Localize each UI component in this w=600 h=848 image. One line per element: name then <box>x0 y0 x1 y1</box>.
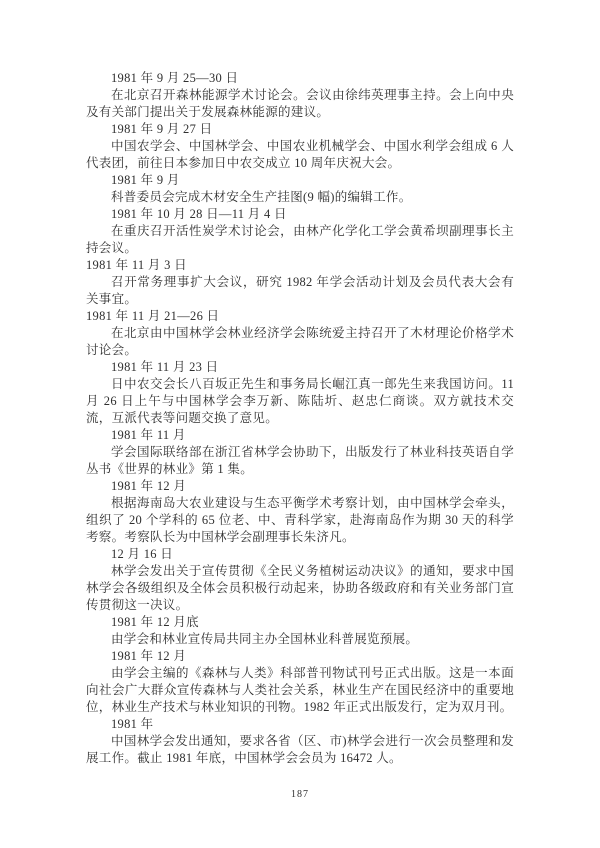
entry-text: 根据海南岛大农业建设与生态平衡学术考察计划，由中国林学会牵头，组织了 20 个学… <box>86 495 514 546</box>
entry-text: 中国农学会、中国林学会、中国农业机械学会、中国水利学会组成 6 人代表团，前往日… <box>86 138 514 172</box>
chronicle-text-block: 1981 年 9 月 25—30 日 在北京召开森林能源学术讨论会。会议由徐纬英… <box>86 70 514 767</box>
entry-text: 在北京召开森林能源学术讨论会。会议由徐纬英理事主持。会上向中央及有关部门提出关于… <box>86 87 514 121</box>
entry-date: 1981 年 11 月 21—26 日 <box>86 308 514 325</box>
entry-text: 林学会发出关于宣传贯彻《全民义务植树运动决议》的通知，要求中国林学会各级组织及全… <box>86 563 514 614</box>
entry-text: 召开常务理事扩大会议，研究 1982 年学会活动计划及会员代表大会有关事宜。 <box>86 274 514 308</box>
entry-date: 1981 年 12 月底 <box>86 614 514 631</box>
entry-date: 1981 年 10 月 28 日—11 月 4 日 <box>86 206 514 223</box>
entry-date: 12 月 16 日 <box>86 546 514 563</box>
entry-date: 1981 年 <box>86 716 514 733</box>
entry-date: 1981 年 9 月 27 日 <box>86 121 514 138</box>
entry-text: 日中农交会长八百坂正先生和事务局长崛江真一郎先生来我国访问。11 月 26 日上… <box>86 376 514 427</box>
entry-text: 由学会主编的《森林与人类》科部普刊物试刊号正式出版。这是一本面向社会广大群众宣传… <box>86 665 514 716</box>
entry-date: 1981 年 11 月 3 日 <box>86 257 514 274</box>
page-number: 187 <box>0 789 600 800</box>
entry-text: 科普委员会完成木材安全生产挂图(9 幅)的编辑工作。 <box>86 189 514 206</box>
entry-text: 学会国际联络部在浙江省林学会协助下，出版发行了林业科技英语自学丛书《世界的林业》… <box>86 444 514 478</box>
entry-text: 在重庆召开活性炭学术讨论会，由林产化学化工学会黄希坝副理事长主持会议。 <box>86 223 514 257</box>
entry-text: 由学会和林业宣传局共同主办全国林业科普展览预展。 <box>86 631 514 648</box>
entry-text: 在北京由中国林学会林业经济学会陈统爱主持召开了木材理论价格学术讨论会。 <box>86 325 514 359</box>
entry-date: 1981 年 12 月 <box>86 478 514 495</box>
entry-date: 1981 年 12 月 <box>86 648 514 665</box>
document-page: 1981 年 9 月 25—30 日 在北京召开森林能源学术讨论会。会议由徐纬英… <box>0 0 600 848</box>
entry-date: 1981 年 9 月 <box>86 172 514 189</box>
entry-text: 中国林学会发出通知，要求各省（区、市)林学会进行一次会员整理和发展工作。截止 1… <box>86 733 514 767</box>
entry-date: 1981 年 11 月 23 日 <box>86 359 514 376</box>
entry-date: 1981 年 11 月 <box>86 427 514 444</box>
entry-date: 1981 年 9 月 25—30 日 <box>86 70 514 87</box>
